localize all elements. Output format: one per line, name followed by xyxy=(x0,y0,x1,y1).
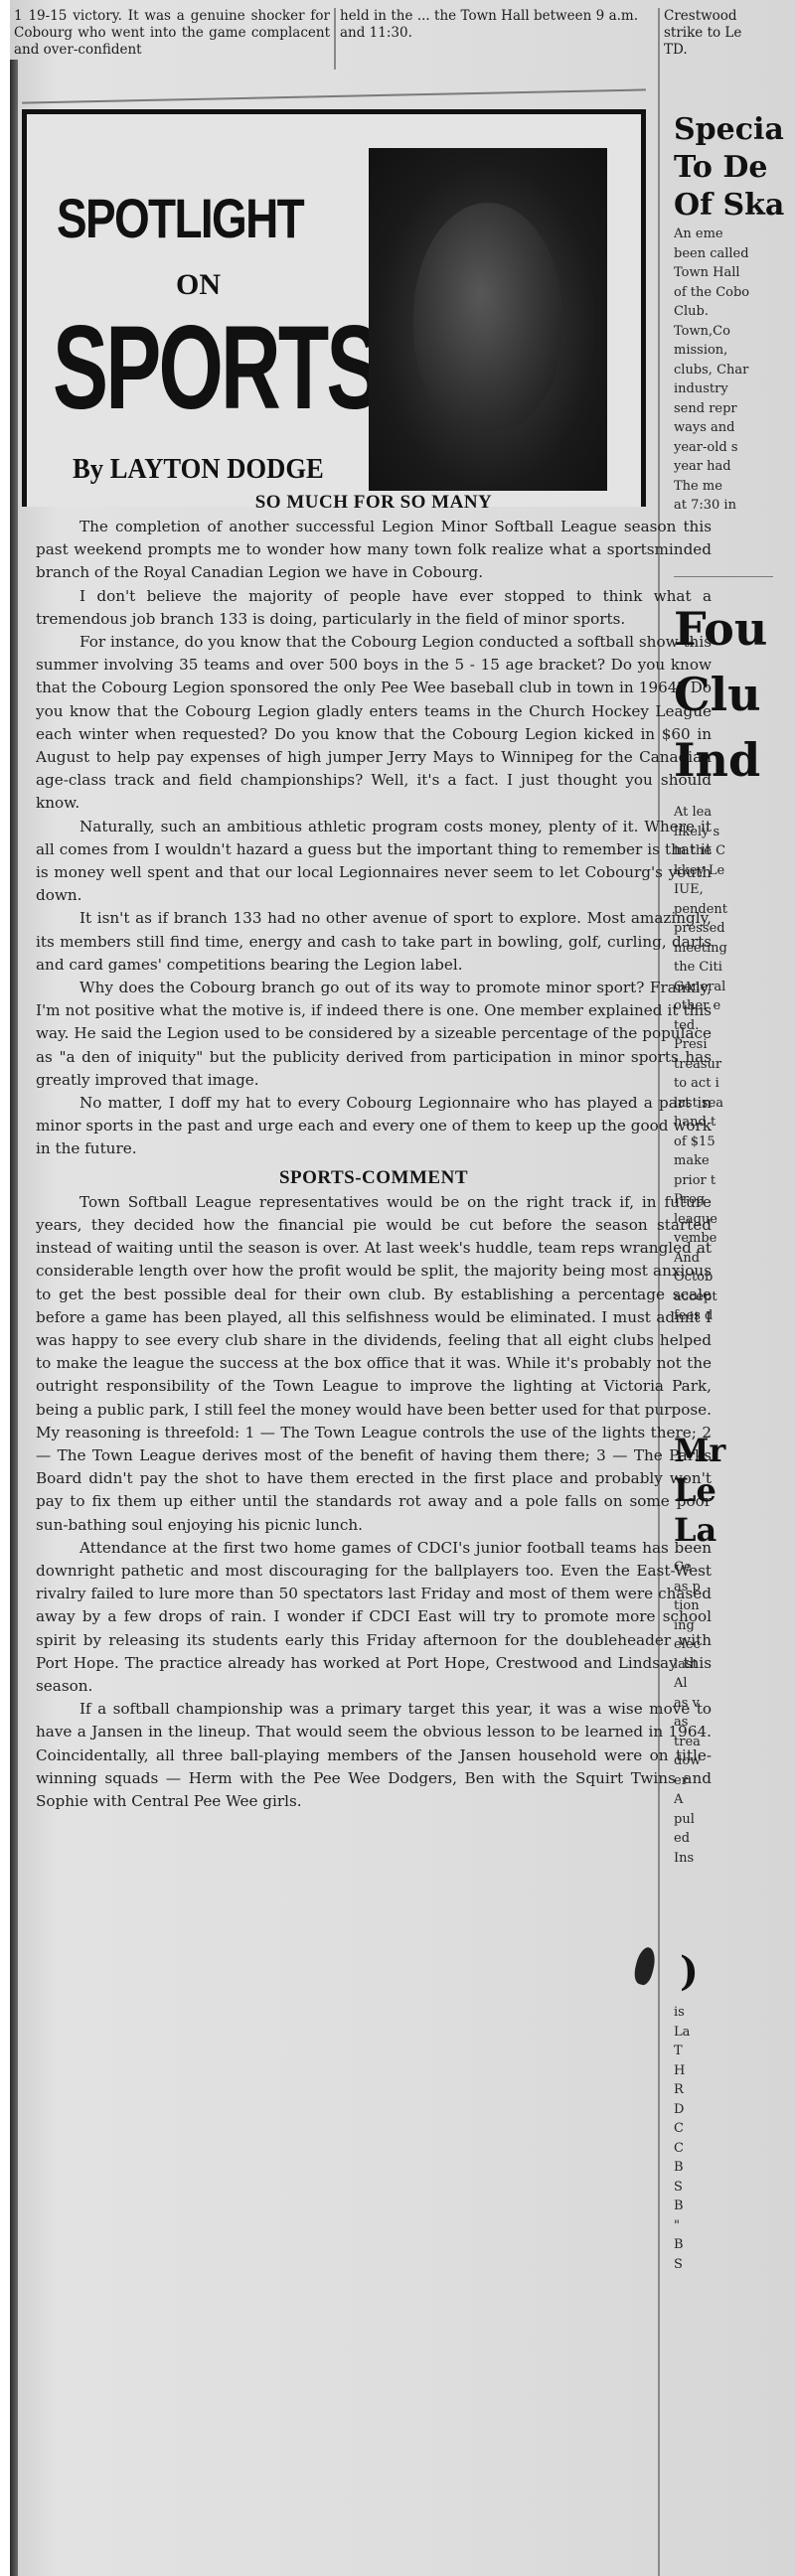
story-line: mission, xyxy=(674,341,795,361)
section-heading-sports-comment: SPORTS-COMMENT xyxy=(36,1167,712,1189)
story-line: La xyxy=(674,2023,795,2043)
story-body: An emebeen calledTown Hallof the CoboClu… xyxy=(674,225,795,516)
story-line: meeting xyxy=(674,939,795,959)
story-line: hand t xyxy=(674,1113,795,1133)
story-line: Presi xyxy=(674,1035,795,1055)
paragraph: Naturally, such an ambitious athletic pr… xyxy=(36,816,712,908)
right-column-story-3: Mr Le La Ceas ptioningeleclastAlas vastr… xyxy=(674,1431,795,1868)
story-headline: Specia To De Of Ska xyxy=(674,111,795,225)
story-line: Ce xyxy=(674,1558,795,1578)
previous-article-fragment-left: 1 19-15 victory. It was a genuine shocke… xyxy=(14,8,330,59)
right-column-story-4: ) isLaTHRDCCBSB"BS xyxy=(674,1947,795,2274)
paragraph: It isn't as if branch 133 had no other a… xyxy=(36,907,712,977)
story-line: And xyxy=(674,1249,795,1269)
story-line: treasur xyxy=(674,1055,795,1075)
story-body: Ceas ptioningeleclastAlas vastreadowerAp… xyxy=(674,1558,795,1868)
story-line: Town,Co xyxy=(674,322,795,342)
story-line: Club. xyxy=(674,302,795,322)
story-line: trea xyxy=(674,1733,795,1752)
story-line: pressed xyxy=(674,919,795,939)
story-line: Al xyxy=(674,1674,795,1694)
masthead-title-spotlight: SPOTLIGHT xyxy=(57,186,303,250)
story-line: year-old s xyxy=(674,438,795,458)
story-line: pul xyxy=(674,1810,795,1830)
story-line: send repr xyxy=(674,399,795,419)
paragraph: Town Softball League representatives wou… xyxy=(36,1191,712,1537)
story-line: D xyxy=(674,2100,795,2120)
story-line: last sea xyxy=(674,1094,795,1114)
story-line: at 7:30 in xyxy=(674,496,795,516)
paragraph: Attendance at the first two home games o… xyxy=(36,1537,712,1698)
story-line: last xyxy=(674,1655,795,1675)
story-line: prior t xyxy=(674,1171,795,1191)
story-line: R xyxy=(674,2080,795,2100)
story-line: clubs, Char xyxy=(674,361,795,380)
story-line: B xyxy=(674,2158,795,2178)
story-line: C xyxy=(674,2119,795,2139)
story-line: S xyxy=(674,2178,795,2197)
story-line: IUE, xyxy=(674,880,795,900)
page-edge-shadow xyxy=(10,60,18,2576)
column-masthead: SPOTLIGHT ON SPORTS By LAYTON DODGE xyxy=(22,109,646,507)
story-line: The me xyxy=(674,477,795,497)
story-line: er xyxy=(674,1771,795,1791)
story-line: C xyxy=(674,2139,795,2159)
paragraph: No matter, I doff my hat to every Cobour… xyxy=(36,1092,712,1161)
story-line: kkey Le xyxy=(674,861,795,881)
paragraph: I don't believe the majority of people h… xyxy=(36,585,712,631)
story-line: H xyxy=(674,2061,795,2081)
story-line: the Citi xyxy=(674,958,795,978)
story-line: ted. xyxy=(674,1016,795,1036)
story-line: elec xyxy=(674,1635,795,1655)
story-line: of the Cobo xyxy=(674,283,795,303)
story-line: fees d xyxy=(674,1306,795,1326)
story-line: S xyxy=(674,2255,795,2275)
columnist-photo xyxy=(369,148,607,491)
story-body: isLaTHRDCCBSB"BS xyxy=(674,2003,795,2274)
section-heading-so-much-for-so-many: SO MUCH FOR SO MANY xyxy=(36,492,712,514)
story-headline-fragment: ) xyxy=(674,1947,795,1997)
paragraph: The completion of another successful Leg… xyxy=(36,516,712,585)
story-line: league xyxy=(674,1210,795,1230)
story-line: in the C xyxy=(674,841,795,861)
story-line: industry xyxy=(674,379,795,399)
story-line: is xyxy=(674,2003,795,2023)
story-line: B xyxy=(674,2235,795,2255)
column-divider xyxy=(334,8,336,70)
story-line: T xyxy=(674,2042,795,2061)
story-line: been called xyxy=(674,244,795,264)
story-line: to act i xyxy=(674,1074,795,1094)
paragraph: For instance, do you know that the Cobou… xyxy=(36,631,712,816)
story-line: Town Hall xyxy=(674,263,795,283)
story-line: vembe xyxy=(674,1229,795,1249)
story-line: dow xyxy=(674,1751,795,1771)
story-body: At lealikely sin the Ckkey LeIUE,pendent… xyxy=(674,803,795,1326)
masthead-title-on: ON xyxy=(176,268,221,302)
right-column-story-1: Specia To De Of Ska An emebeen calledTow… xyxy=(674,111,795,516)
story-line: accept xyxy=(674,1288,795,1307)
author-byline: By LAYTON DODGE xyxy=(73,454,324,486)
story-line: as xyxy=(674,1713,795,1733)
story-line: Ins xyxy=(674,1849,795,1869)
story-line: ways and xyxy=(674,418,795,438)
story-line: as v xyxy=(674,1694,795,1714)
portrait-face xyxy=(413,203,562,431)
story-line: ed xyxy=(674,1829,795,1849)
story-line: B xyxy=(674,2197,795,2216)
story-line: A xyxy=(674,1790,795,1810)
story-line: " xyxy=(674,2216,795,2236)
column-article: SO MUCH FOR SO MANY The completion of an… xyxy=(36,492,712,1813)
story-line: Octob xyxy=(674,1268,795,1288)
story-line: Prog xyxy=(674,1190,795,1210)
story-divider xyxy=(674,576,773,577)
story-line: At lea xyxy=(674,803,795,823)
paragraph: Why does the Cobourg branch go out of it… xyxy=(36,977,712,1092)
story-line: other e xyxy=(674,996,795,1016)
story-headline: Fou Clu Ind xyxy=(674,596,795,793)
story-line: An eme xyxy=(674,225,795,244)
previous-article-fragment-middle: held in the ... the Town Hall between 9 … xyxy=(340,8,638,42)
story-line: ing xyxy=(674,1616,795,1636)
story-line: year had xyxy=(674,457,795,477)
story-line: tion xyxy=(674,1596,795,1616)
right-column-story-2: Fou Clu Ind At lealikely sin the Ckkey L… xyxy=(674,596,795,1326)
story-line: make xyxy=(674,1151,795,1171)
story-line: pendent xyxy=(674,900,795,920)
story-headline: Mr Le La xyxy=(674,1431,795,1550)
story-line: as p xyxy=(674,1578,795,1597)
previous-article-fragment-right: Crestwood strike to Le TD. xyxy=(664,8,783,59)
masthead-title-sports: SPORTS xyxy=(53,308,380,427)
story-line: likely s xyxy=(674,823,795,842)
paragraph: If a softball championship was a primary… xyxy=(36,1698,712,1813)
story-line: of $15 xyxy=(674,1133,795,1152)
story-line: General xyxy=(674,978,795,997)
